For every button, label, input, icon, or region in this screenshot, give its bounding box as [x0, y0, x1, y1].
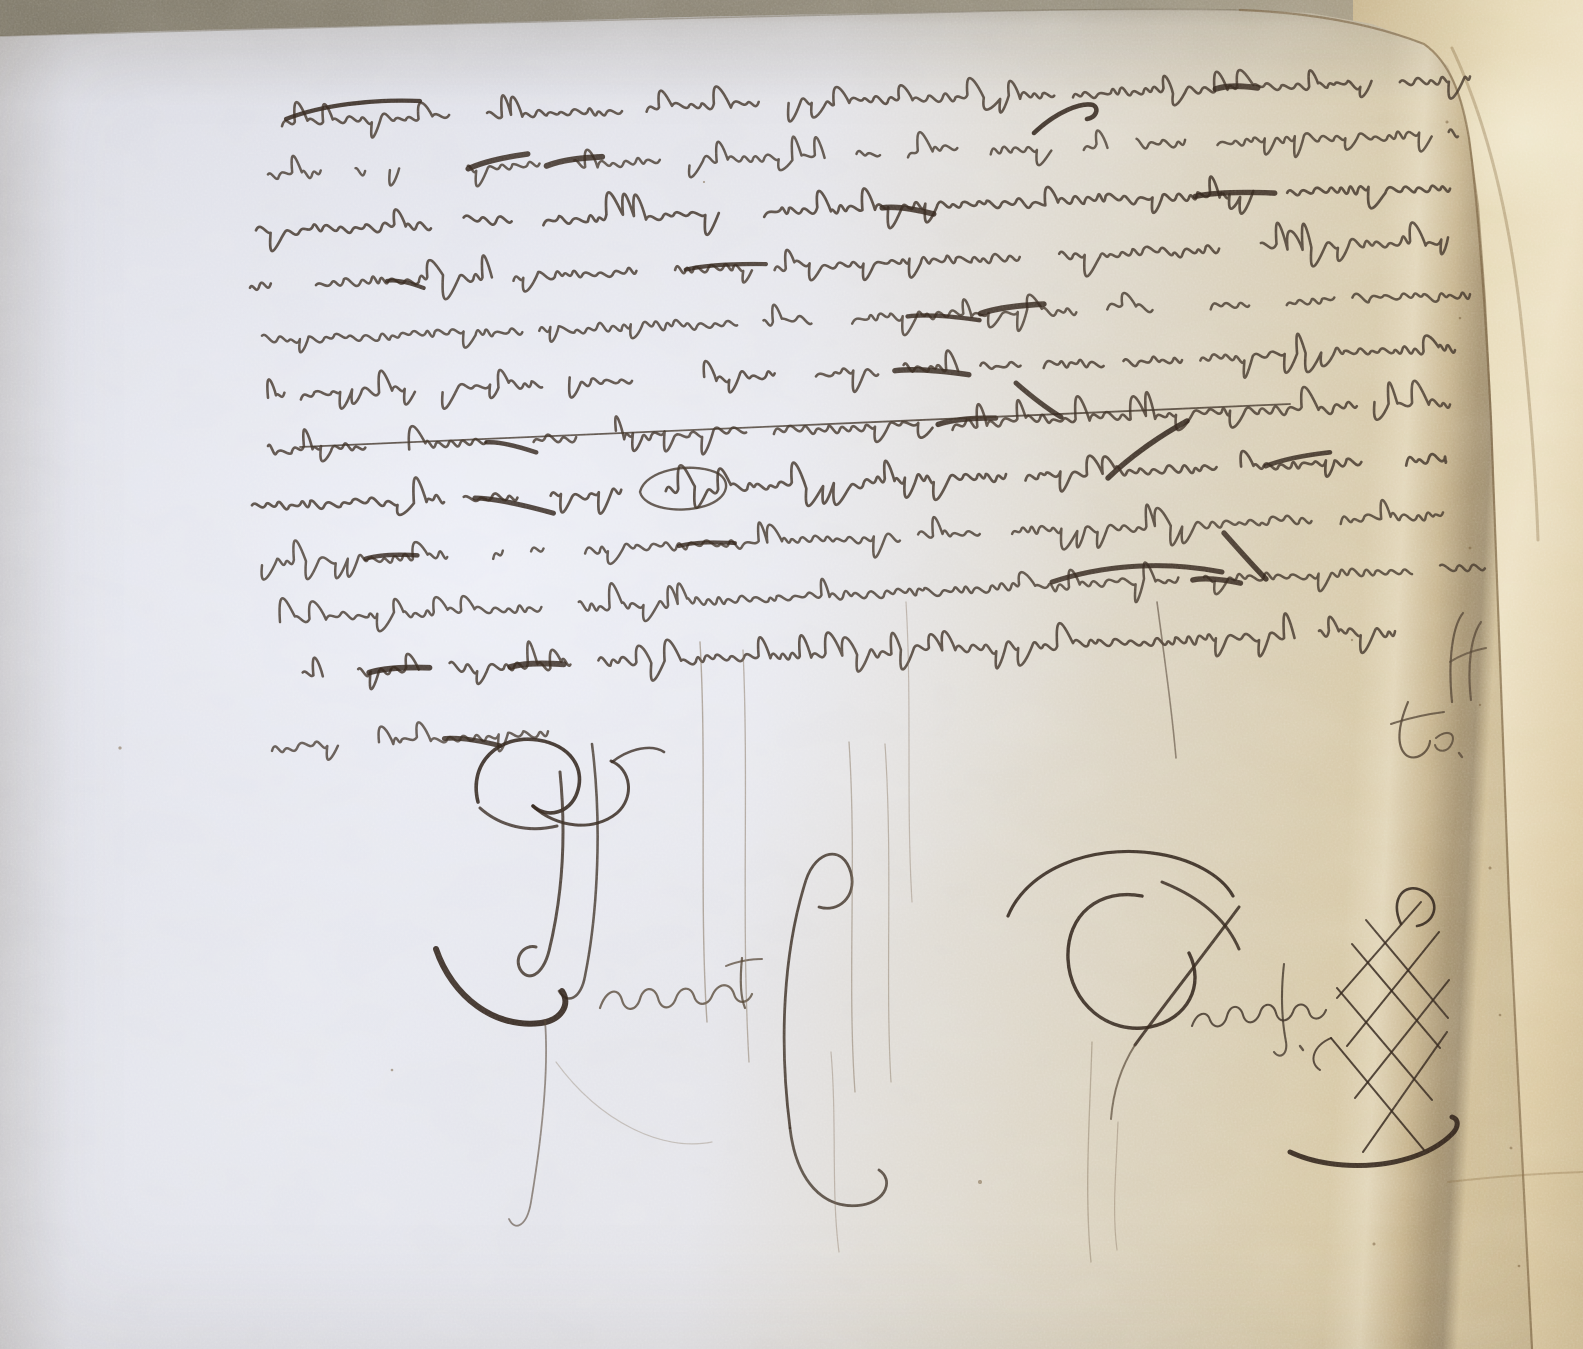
signature-left-flourish-stroke — [612, 748, 664, 762]
signature-right-paraph-stroke — [1300, 1046, 1303, 1050]
handwriting-line-9 — [262, 500, 1443, 579]
paper-speck — [703, 181, 705, 183]
handwriting-accent-dash — [895, 370, 969, 375]
accent-stroke — [1224, 533, 1266, 579]
handwriting-line-1 — [282, 70, 1470, 137]
signature-trailing-descenders-stroke — [906, 602, 912, 902]
strikethrough-line — [300, 404, 1290, 447]
edge-letters — [1450, 613, 1486, 702]
signature-trailing-descenders-stroke — [849, 742, 855, 1092]
handwriting-accent-dash — [686, 264, 766, 270]
handwriting-accent-dash — [1193, 579, 1241, 583]
strikethrough-stroke — [300, 404, 1290, 447]
signature-right-paraph — [1008, 851, 1326, 1119]
fe-mark-stroke — [1435, 733, 1453, 751]
signature-pivot-name-stroke — [741, 958, 745, 1008]
signature-pivot-name-stroke — [600, 985, 752, 1009]
accent-stroke — [1034, 104, 1096, 133]
signature-pivot-name-stroke — [784, 854, 852, 1128]
fe-mark — [1391, 702, 1462, 757]
paper-speck — [1373, 1243, 1376, 1246]
signature-trailing-descenders-stroke — [831, 1052, 839, 1252]
signature-right-paraph-stroke — [1162, 882, 1239, 949]
signature-trailing-descenders — [556, 602, 1176, 1262]
handwriting-accent-dash — [1195, 192, 1274, 196]
page-top-edge-line — [0, 9, 1240, 36]
signature-right-paraph-stroke — [1068, 895, 1195, 1029]
signature-pivot-name-stroke — [790, 1128, 887, 1206]
fe-mark-stroke — [1399, 702, 1430, 757]
signature-trailing-descenders-stroke — [1157, 602, 1176, 758]
signature-right-lattice — [1290, 888, 1457, 1165]
signature-right-paraph-stroke — [1008, 851, 1233, 916]
signature-right-lattice-stroke — [1347, 932, 1439, 1046]
handwriting-accent-dash — [981, 304, 1044, 314]
signature-right-lattice-stroke — [1313, 1038, 1331, 1070]
fe-mark-stroke — [1391, 712, 1444, 724]
bold-accent-strokes — [286, 101, 1266, 582]
signature-trailing-descenders-stroke — [1088, 1042, 1092, 1262]
handwriting-line-4 — [250, 223, 1448, 300]
edge-letters-stroke — [1450, 648, 1486, 662]
fe-mark-stroke — [1459, 753, 1462, 757]
signature-trailing-descenders-stroke — [556, 1062, 712, 1144]
paper-speck — [978, 1180, 982, 1184]
paper-speck — [1489, 867, 1492, 870]
paper-speck — [391, 1069, 394, 1072]
signature-left-flourish-stroke — [518, 772, 563, 976]
bottom-right-crease — [1448, 1172, 1583, 1182]
handwriting-line-6 — [267, 334, 1455, 409]
handwriting-line-10 — [280, 563, 1485, 632]
handwriting-line-8 — [252, 451, 1446, 515]
signature-right-lattice-stroke — [1352, 944, 1440, 1048]
signature-left-flourish — [436, 739, 664, 1226]
paper-speck — [1459, 317, 1462, 320]
handwriting-line-11 — [303, 613, 1395, 689]
handwriting-accent-dash — [547, 157, 603, 166]
signature-pivot-name — [600, 854, 887, 1206]
signature-right-lattice-stroke — [1337, 902, 1421, 998]
signature-trailing-descenders-stroke — [885, 744, 891, 1082]
handwriting-line-12 — [272, 722, 548, 759]
handwriting-line-3 — [256, 177, 1450, 251]
signature-left-flourish-stroke — [509, 1020, 546, 1226]
handwriting-lines — [250, 70, 1485, 760]
paper-speck — [1446, 121, 1449, 124]
paper-speck — [1518, 1265, 1521, 1268]
signature-left-flourish-stroke — [476, 739, 579, 813]
paper-speck — [1499, 1014, 1502, 1017]
paper-speck — [1469, 547, 1472, 550]
paper-speck — [1351, 639, 1353, 641]
handwriting-ink-layer — [0, 0, 1583, 1349]
manuscript-photo: Photograph of an early-modern handwritte… — [0, 0, 1583, 1349]
signature-trailing-descenders-stroke — [1115, 1122, 1118, 1250]
handwriting-line-7 — [268, 381, 1450, 461]
accent-stroke — [640, 468, 726, 510]
handwriting-accent-dash — [908, 315, 980, 320]
signature-left-flourish-stroke — [533, 761, 628, 825]
signature-pivot-name-stroke — [726, 959, 762, 966]
signature-right-lattice-stroke — [1355, 980, 1449, 1098]
signature-right-paraph-stroke — [1192, 1005, 1326, 1027]
signature-right-paraph-stroke — [1111, 1045, 1135, 1119]
handwriting-line-5 — [262, 293, 1470, 353]
signature-trailing-descenders-stroke — [700, 642, 707, 1022]
paper-speck — [1510, 1147, 1513, 1150]
page-right-edge-line — [1240, 10, 1532, 1349]
signature-right-lattice-stroke — [1331, 1038, 1424, 1150]
signature-right-lattice-stroke — [1337, 988, 1432, 1100]
signature-right-lattice-stroke — [1290, 1117, 1457, 1166]
handwriting-line-2 — [268, 129, 1458, 186]
handwriting-accent-dash — [487, 442, 537, 452]
paper-speck — [118, 746, 121, 749]
handwriting-accent-dash — [444, 738, 499, 745]
page-edge-marks — [0, 9, 1583, 1349]
paper-speck — [1479, 704, 1481, 706]
edge-letters-stroke — [1469, 622, 1481, 700]
handwriting-accent-dash — [1216, 86, 1258, 89]
handwriting-accent-dash — [510, 663, 564, 667]
